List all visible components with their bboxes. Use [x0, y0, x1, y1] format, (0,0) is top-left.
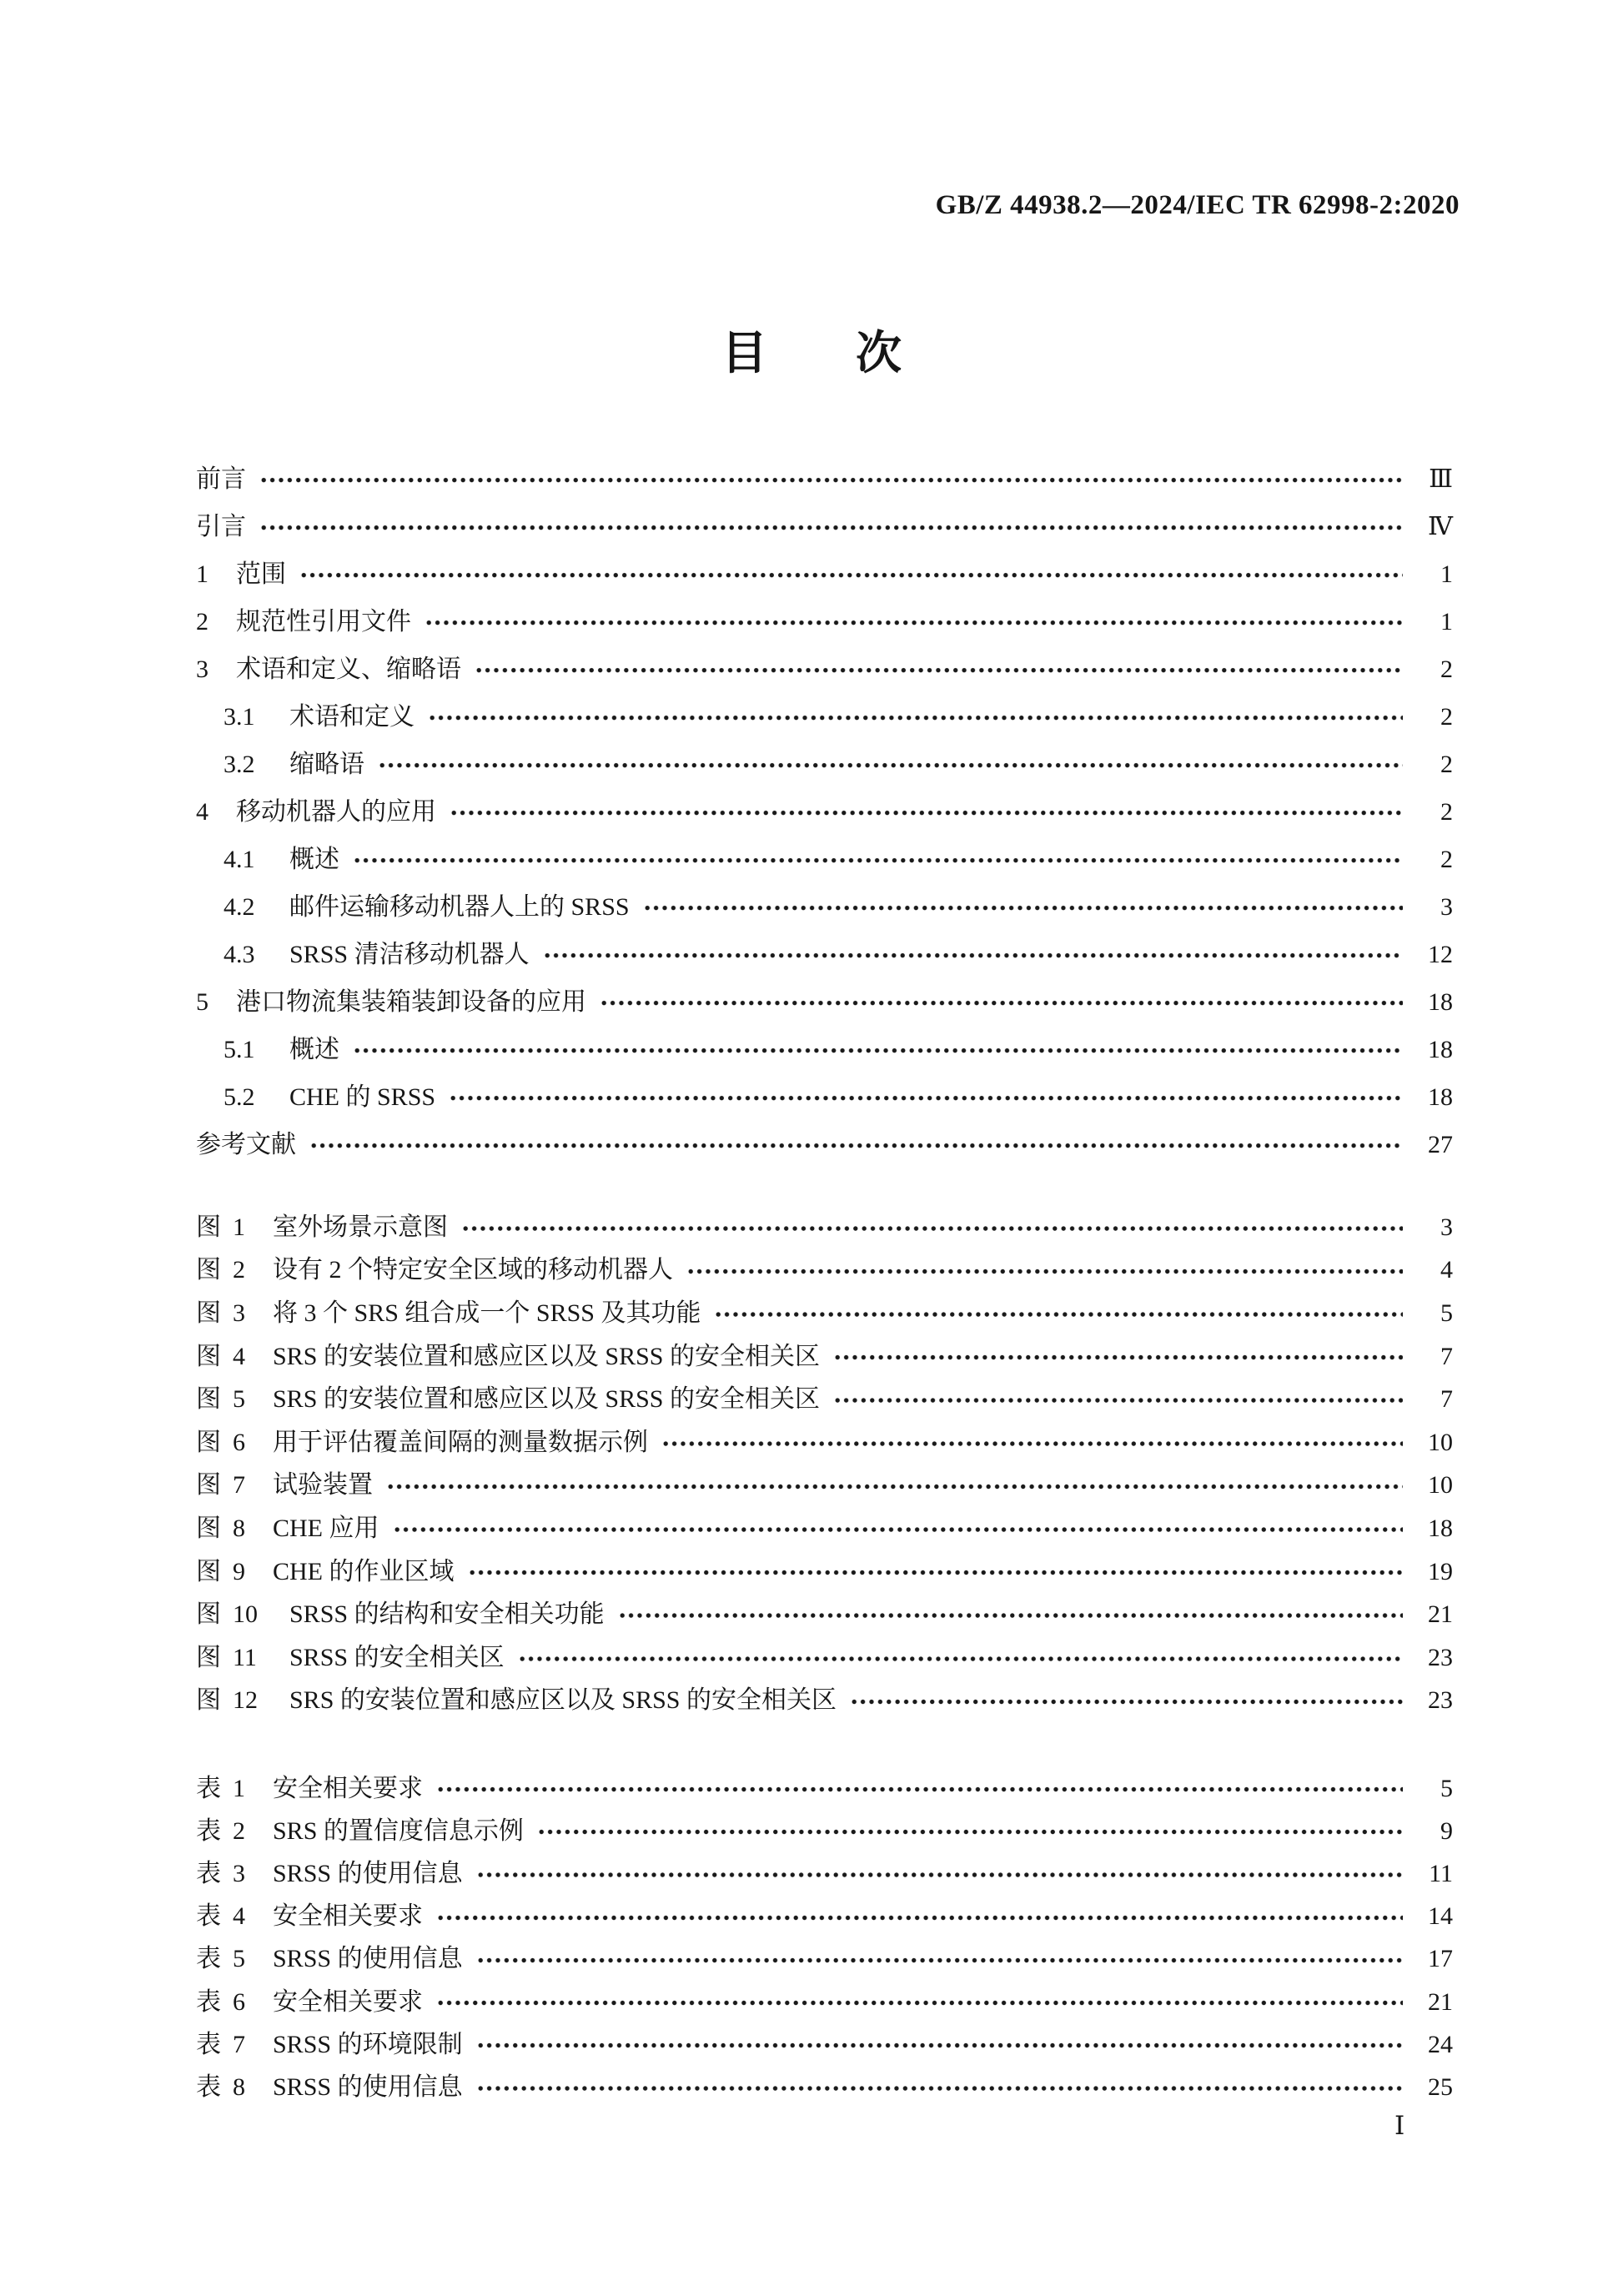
toc-entry[interactable]: 5.1概述18: [196, 1026, 1453, 1073]
entry-label: SRS 的安装位置和感应区以及 SRSS 的安全相关区: [273, 1387, 820, 1412]
entry-prefix: 表7: [196, 2032, 273, 2057]
entry-number: 2: [233, 1258, 245, 1283]
entry-prefix: 表1: [196, 1776, 273, 1801]
entry-label: 概述: [289, 847, 339, 872]
entry-prefix: 表5: [196, 1947, 273, 1972]
entry-page-number: 5: [1411, 1776, 1453, 1801]
entry-label: SRSS 的使用信息: [273, 1861, 463, 1887]
toc-entry[interactable]: 表7SRSS 的环境限制24: [196, 2023, 1453, 2066]
entry-label: 缩略语: [289, 752, 364, 777]
dot-leader: [543, 931, 1403, 978]
toc-entry[interactable]: 图5SRS 的安装位置和感应区以及 SRSS 的安全相关区7: [196, 1378, 1453, 1421]
toc-entry[interactable]: 表4安全相关要求14: [196, 1896, 1453, 1938]
entry-label: SRSS 的使用信息: [273, 1947, 463, 1972]
toc-entry[interactable]: 表8SRSS 的使用信息25: [196, 2066, 1453, 2108]
dot-leader: [299, 550, 1403, 598]
dot-leader: [476, 2023, 1403, 2066]
dot-leader: [476, 1852, 1403, 1895]
entry-prefix-char: 图: [196, 1516, 221, 1541]
entry-number: 1: [233, 1215, 245, 1240]
entry-page-number: 10: [1411, 1473, 1453, 1498]
entry-label: CHE 的 SRSS: [289, 1085, 435, 1110]
entry-prefix: 图2: [196, 1258, 273, 1283]
entry-label: 安全相关要求: [273, 1776, 423, 1801]
toc-entry[interactable]: 4.3SRSS 清洁移动机器人12: [196, 931, 1453, 978]
entry-label: 引言: [196, 515, 246, 540]
entry-number: 3: [196, 657, 236, 682]
entry-number: 10: [233, 1602, 258, 1627]
entry-label: 试验装置: [273, 1473, 373, 1498]
toc-page: GB/Z 44938.2—2024/IEC TR 62998-2:2020 目 …: [0, 0, 1623, 2296]
entry-number: 4.1: [224, 847, 289, 872]
toc-entry[interactable]: 4.2邮件运输移动机器人上的 SRSS3: [196, 883, 1453, 931]
entry-label: SRSS 清洁移动机器人: [289, 942, 530, 967]
dot-leader: [378, 741, 1403, 788]
entry-number: 6: [233, 1430, 245, 1455]
entry-number: 1: [233, 1776, 245, 1801]
entry-number: 4: [233, 1904, 245, 1929]
entry-page-number: 3: [1411, 895, 1453, 920]
entry-prefix-char: 图: [196, 1645, 221, 1671]
entry-number: 5: [233, 1947, 245, 1972]
entry-prefix: 图7: [196, 1473, 273, 1498]
entry-prefix: 表6: [196, 1990, 273, 2015]
entry-number: 2: [233, 1819, 245, 1844]
entry-label: SRS 的安装位置和感应区以及 SRSS 的安全相关区: [273, 1344, 820, 1369]
entry-prefix-char: 表: [196, 1776, 221, 1801]
entry-number: 12: [233, 1688, 258, 1713]
entry-label: 港口物流集装箱装卸设备的应用: [236, 990, 586, 1015]
toc-entry[interactable]: 3.1术语和定义2: [196, 693, 1453, 741]
dot-leader: [686, 1249, 1403, 1293]
toc-entry[interactable]: 前言Ⅲ: [196, 455, 1453, 503]
entry-page-number: 24: [1411, 2032, 1453, 2057]
toc-entry[interactable]: 图6用于评估覆盖间隔的测量数据示例10: [196, 1421, 1453, 1465]
entry-number: 8: [233, 1516, 245, 1541]
toc-entry[interactable]: 5港口物流集装箱装卸设备的应用18: [196, 978, 1453, 1026]
entry-page-number: 2: [1411, 847, 1453, 872]
entry-prefix-char: 表: [196, 1947, 221, 1972]
dot-leader: [425, 598, 1403, 646]
entry-prefix-char: 表: [196, 1861, 221, 1887]
entry-page-number: 10: [1411, 1430, 1453, 1455]
entry-label: 安全相关要求: [273, 1904, 423, 1929]
toc-entry[interactable]: 表2SRS 的置信度信息示例9: [196, 1810, 1453, 1852]
entry-label: 术语和定义: [289, 705, 415, 730]
page-title: 目 次: [0, 330, 1623, 376]
toc-entry[interactable]: 表5SRSS 的使用信息17: [196, 1938, 1453, 1981]
toc-entry[interactable]: 图3将 3 个 SRS 组合成一个 SRSS 及其功能5: [196, 1292, 1453, 1335]
dot-leader: [468, 1550, 1404, 1594]
entry-number: 5: [196, 990, 236, 1015]
toc-entry[interactable]: 引言Ⅳ: [196, 503, 1453, 550]
entry-page-number: 18: [1411, 990, 1453, 1015]
entry-prefix: 图12: [196, 1688, 289, 1713]
dot-leader: [353, 1026, 1403, 1073]
entry-page-number: 18: [1411, 1037, 1453, 1063]
entry-page-number: 23: [1411, 1688, 1453, 1713]
entry-prefix: 表8: [196, 2075, 273, 2100]
dot-leader: [714, 1292, 1403, 1335]
entry-prefix-char: 图: [196, 1473, 221, 1498]
entry-number: 5.1: [224, 1037, 289, 1063]
entry-number: 9: [233, 1560, 245, 1585]
entry-page-number: 2: [1411, 657, 1453, 682]
toc-entry[interactable]: 3术语和定义、缩略语2: [196, 646, 1453, 693]
dot-leader: [436, 1896, 1403, 1938]
entry-page-number: 3: [1411, 1215, 1453, 1240]
entry-label: 参考文献: [196, 1133, 296, 1158]
entry-page-number: 2: [1411, 800, 1453, 825]
page-title-char-2: 次: [856, 330, 902, 376]
toc-entry[interactable]: 表1安全相关要求5: [196, 1767, 1453, 1810]
entry-number: 4.3: [224, 942, 289, 967]
entry-page-number: 17: [1411, 1947, 1453, 1972]
dot-leader: [833, 1335, 1403, 1379]
dot-leader: [353, 836, 1403, 883]
entry-prefix-char: 图: [196, 1688, 221, 1713]
dot-leader: [661, 1421, 1403, 1465]
toc-figure-list: 图1室外场景示意图3图2设有 2 个特定安全区域的移动机器人4图3将 3 个 S…: [196, 1206, 1453, 1722]
toc-entry[interactable]: 图9CHE 的作业区域19: [196, 1550, 1453, 1594]
dot-leader: [518, 1636, 1403, 1680]
dot-leader: [850, 1680, 1403, 1723]
toc-entry[interactable]: 图2设有 2 个特定安全区域的移动机器人4: [196, 1249, 1453, 1293]
dot-leader: [476, 2066, 1403, 2108]
dot-leader: [436, 1981, 1403, 2023]
entry-label: 将 3 个 SRS 组合成一个 SRSS 及其功能: [273, 1301, 701, 1326]
entry-label: CHE 的作业区域: [273, 1560, 455, 1585]
entry-prefix-char: 图: [196, 1215, 221, 1240]
dot-leader: [450, 788, 1403, 836]
entry-prefix: 图6: [196, 1430, 273, 1455]
entry-page-number: 18: [1411, 1516, 1453, 1541]
entry-page-number: 5: [1411, 1301, 1453, 1326]
entry-label: 室外场景示意图: [273, 1215, 448, 1240]
entry-number: 6: [233, 1990, 245, 2015]
entry-number: 11: [233, 1645, 257, 1671]
entry-number: 7: [233, 1473, 245, 1498]
entry-prefix-char: 表: [196, 2075, 221, 2100]
entry-page-number: 2: [1411, 705, 1453, 730]
dot-leader: [259, 503, 1403, 550]
entry-label: 概述: [289, 1037, 339, 1063]
toc-entry[interactable]: 3.2缩略语2: [196, 741, 1453, 788]
entry-page-number: 18: [1411, 1085, 1453, 1110]
entry-prefix-char: 图: [196, 1430, 221, 1455]
entry-prefix: 图8: [196, 1516, 273, 1541]
toc-entry[interactable]: 图12SRS 的安装位置和感应区以及 SRSS 的安全相关区23: [196, 1680, 1453, 1723]
toc-entry[interactable]: 表6安全相关要求21: [196, 1981, 1453, 2023]
entry-page-number: 12: [1411, 942, 1453, 967]
entry-page-number: 23: [1411, 1645, 1453, 1671]
dot-leader: [436, 1767, 1403, 1810]
entry-page-number: Ⅲ: [1411, 467, 1453, 492]
dot-leader: [393, 1507, 1404, 1550]
entry-number: 3.1: [224, 705, 289, 730]
entry-page-number: 11: [1411, 1861, 1453, 1887]
toc-entry[interactable]: 4.1概述2: [196, 836, 1453, 883]
entry-prefix-char: 图: [196, 1602, 221, 1627]
dot-leader: [309, 1121, 1403, 1168]
entry-prefix-char: 图: [196, 1387, 221, 1412]
entry-prefix: 表2: [196, 1819, 273, 1844]
entry-label: 安全相关要求: [273, 1990, 423, 2015]
entry-prefix-char: 表: [196, 2032, 221, 2057]
entry-label: 规范性引用文件: [236, 610, 411, 635]
entry-page-number: 1: [1411, 610, 1453, 635]
entry-label: CHE 应用: [273, 1516, 379, 1541]
toc-entry[interactable]: 2规范性引用文件1: [196, 598, 1453, 646]
entry-prefix: 表3: [196, 1861, 273, 1887]
entry-number: 2: [196, 610, 236, 635]
page-title-char-1: 目: [721, 330, 767, 376]
dot-leader: [833, 1378, 1403, 1421]
entry-number: 5: [233, 1387, 245, 1412]
entry-page-number: 9: [1411, 1819, 1453, 1844]
entry-prefix: 表4: [196, 1904, 273, 1929]
toc-table-list: 表1安全相关要求5表2SRS 的置信度信息示例9表3SRSS 的使用信息11表4…: [196, 1767, 1453, 2109]
entry-page-number: 21: [1411, 1990, 1453, 2015]
toc-entry[interactable]: 图1室外场景示意图3: [196, 1206, 1453, 1249]
entry-prefix: 图9: [196, 1560, 273, 1585]
entry-page-number: 1: [1411, 562, 1453, 587]
page-number: Ⅰ: [1394, 2111, 1404, 2141]
entry-label: 设有 2 个特定安全区域的移动机器人: [273, 1258, 673, 1283]
dot-leader: [475, 646, 1403, 693]
entry-label: SRSS 的安全相关区: [289, 1645, 505, 1671]
entry-page-number: 7: [1411, 1344, 1453, 1369]
dot-leader: [428, 693, 1403, 741]
entry-prefix: 图1: [196, 1215, 273, 1240]
entry-page-number: 25: [1411, 2075, 1453, 2100]
entry-number: 7: [233, 2032, 245, 2057]
dot-leader: [461, 1206, 1403, 1249]
entry-prefix: 图5: [196, 1387, 273, 1412]
entry-label: SRSS 的结构和安全相关功能: [289, 1602, 605, 1627]
entry-page-number: 2: [1411, 752, 1453, 777]
entry-number: 4.2: [224, 895, 289, 920]
entry-prefix: 图3: [196, 1301, 273, 1326]
document-number: GB/Z 44938.2—2024/IEC TR 62998-2:2020: [0, 190, 1460, 221]
entry-prefix-char: 表: [196, 1904, 221, 1929]
entry-label: 用于评估覆盖间隔的测量数据示例: [273, 1430, 648, 1455]
toc-entry[interactable]: 4移动机器人的应用2: [196, 788, 1453, 836]
entry-prefix-char: 图: [196, 1301, 221, 1326]
toc-entry[interactable]: 1范围1: [196, 550, 1453, 598]
dot-leader: [449, 1073, 1403, 1121]
entry-number: 8: [233, 2075, 245, 2100]
entry-page-number: 7: [1411, 1387, 1453, 1412]
entry-prefix-char: 图: [196, 1344, 221, 1369]
entry-page-number: 27: [1411, 1133, 1453, 1158]
dot-leader: [476, 1938, 1403, 1981]
toc-entry[interactable]: 图8CHE 应用18: [196, 1507, 1453, 1550]
entry-number: 1: [196, 562, 236, 587]
entry-label: SRSS 的使用信息: [273, 2075, 463, 2100]
entry-page-number: 14: [1411, 1904, 1453, 1929]
toc-entry[interactable]: 图10SRSS 的结构和安全相关功能21: [196, 1593, 1453, 1636]
dot-leader: [600, 978, 1403, 1026]
entry-page-number: 19: [1411, 1560, 1453, 1585]
toc-entry[interactable]: 图11SRSS 的安全相关区23: [196, 1636, 1453, 1680]
entry-page-number: 21: [1411, 1602, 1453, 1627]
entry-number: 3.2: [224, 752, 289, 777]
toc-entry[interactable]: 参考文献27: [196, 1121, 1453, 1168]
toc-entry[interactable]: 图4SRS 的安装位置和感应区以及 SRSS 的安全相关区7: [196, 1335, 1453, 1379]
entry-page-number: 4: [1411, 1258, 1453, 1283]
dot-leader: [643, 883, 1403, 931]
dot-leader: [259, 455, 1403, 503]
entry-prefix: 图11: [196, 1645, 289, 1671]
toc-main-list: 前言Ⅲ引言Ⅳ1范围12规范性引用文件13术语和定义、缩略语23.1术语和定义23…: [196, 455, 1453, 1168]
entry-label: 邮件运输移动机器人上的 SRSS: [289, 895, 630, 920]
entry-label: SRS 的置信度信息示例: [273, 1819, 524, 1844]
entry-label: 范围: [236, 562, 286, 587]
entry-prefix-char: 表: [196, 1990, 221, 2015]
toc-entry[interactable]: 5.2CHE 的 SRSS18: [196, 1073, 1453, 1121]
entry-number: 4: [196, 800, 236, 825]
entry-prefix-char: 图: [196, 1258, 221, 1283]
entry-page-number: Ⅳ: [1411, 515, 1453, 540]
dot-leader: [618, 1593, 1403, 1636]
entry-number: 5.2: [224, 1085, 289, 1110]
toc-entry[interactable]: 表3SRSS 的使用信息11: [196, 1852, 1453, 1895]
entry-prefix: 图4: [196, 1344, 273, 1369]
dot-leader: [537, 1810, 1403, 1852]
entry-number: 3: [233, 1861, 245, 1887]
entry-number: 4: [233, 1344, 245, 1369]
entry-prefix-char: 表: [196, 1819, 221, 1844]
entry-prefix: 图10: [196, 1602, 289, 1627]
entry-label: 术语和定义、缩略语: [236, 657, 461, 682]
entry-label: SRSS 的环境限制: [273, 2032, 463, 2057]
entry-number: 3: [233, 1301, 245, 1326]
entry-label: SRS 的安装位置和感应区以及 SRSS 的安全相关区: [289, 1688, 837, 1713]
toc-entry[interactable]: 图7试验装置10: [196, 1465, 1453, 1508]
dot-leader: [386, 1465, 1403, 1508]
entry-label: 移动机器人的应用: [236, 800, 436, 825]
entry-label: 前言: [196, 467, 246, 492]
entry-prefix-char: 图: [196, 1560, 221, 1585]
